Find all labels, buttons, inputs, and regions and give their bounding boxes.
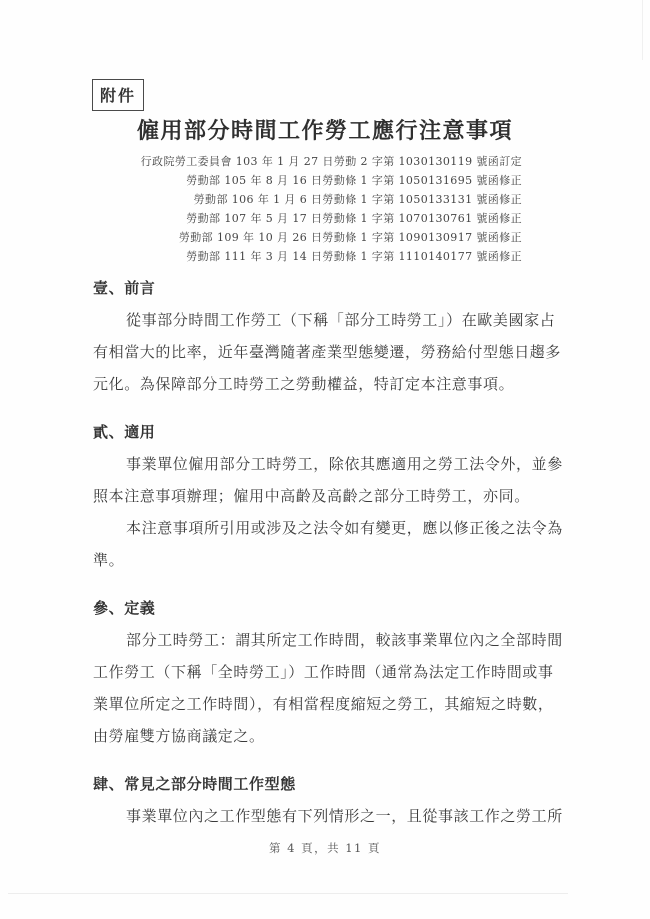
page-number-footer: 第 4 頁，共 11 頁 [0, 840, 650, 856]
revision-line: 行政院勞工委員會 103 年 1 月 27 日勞動 2 字第 103013011… [0, 152, 522, 171]
attachment-label-box: 附件 [92, 79, 144, 111]
document-section: 貳、適用事業單位僱用部分工時勞工，除依其應適用之勞工法令外，並參照本注意事項辦理… [93, 416, 562, 576]
revision-line: 勞動部 109 年 10 月 26 日勞動條 1 字第 1090130917 號… [0, 228, 522, 247]
document-page: 附件 僱用部分時間工作勞工應行注意事項 行政院勞工委員會 103 年 1 月 2… [0, 0, 650, 919]
section-heading: 壹、前言 [93, 272, 562, 304]
revision-line: 勞動部 105 年 8 月 16 日勞動條 1 字第 1050131695 號函… [0, 171, 522, 190]
text-line: 元化。為保障部分工時勞工之勞動權益，特訂定本注意事項。 [93, 368, 562, 400]
text-line: 有相當大的比率，近年臺灣隨著產業型態變遷，勞務給付型態日趨多 [93, 336, 562, 368]
revision-line: 勞動部 107 年 5 月 17 日勞動條 1 字第 1070130761 號函… [0, 209, 522, 228]
revision-history: 行政院勞工委員會 103 年 1 月 27 日勞動 2 字第 103013011… [0, 152, 650, 266]
text-line: 工作勞工（下稱「全時勞工」）工作時間（通常為法定工作時間或事 [93, 656, 562, 688]
document-section: 肆、常見之部分時間工作型態事業單位內之工作型態有下列情形之一，且從事該工作之勞工… [93, 768, 562, 832]
scan-edge-artifact [642, 0, 643, 60]
document-section: 參、定義部分工時勞工：謂其所定工作時間，較該事業單位內之全部時間工作勞工（下稱「… [93, 592, 562, 752]
text-line: 準。 [93, 544, 562, 576]
revision-line: 勞動部 111 年 3 月 14 日勞動條 1 字第 1110140177 號函… [0, 247, 522, 266]
text-line: 照本注意事項辦理；僱用中高齡及高齡之部分工時勞工，亦同。 [93, 480, 562, 512]
text-line: 由勞雇雙方協商議定之。 [93, 720, 562, 752]
document-title: 僱用部分時間工作勞工應行注意事項 [0, 116, 650, 146]
document-section: 壹、前言從事部分時間工作勞工（下稱「部分工時勞工」）在歐美國家占有相當大的比率，… [93, 272, 562, 400]
text-line: 事業單位內之工作型態有下列情形之一，且從事該工作之勞工所 [93, 800, 562, 832]
document-body: 壹、前言從事部分時間工作勞工（下稱「部分工時勞工」）在歐美國家占有相當大的比率，… [0, 272, 650, 832]
section-heading: 貳、適用 [93, 416, 562, 448]
text-line: 事業單位僱用部分工時勞工，除依其應適用之勞工法令外，並參 [93, 448, 562, 480]
section-heading: 肆、常見之部分時間工作型態 [93, 768, 562, 800]
section-heading: 參、定義 [93, 592, 562, 624]
text-line: 本注意事項所引用或涉及之法令如有變更，應以修正後之法令為 [93, 512, 562, 544]
text-line: 部分工時勞工：謂其所定工作時間，較該事業單位內之全部時間 [93, 624, 562, 656]
text-line: 從事部分時間工作勞工（下稱「部分工時勞工」）在歐美國家占 [93, 304, 562, 336]
revision-line: 勞動部 106 年 1 月 6 日勞動條 1 字第 1050133131 號函修… [0, 190, 522, 209]
scan-line-artifact [8, 893, 568, 894]
text-line: 業單位所定之工作時間），有相當程度縮短之勞工，其縮短之時數， [93, 688, 562, 720]
